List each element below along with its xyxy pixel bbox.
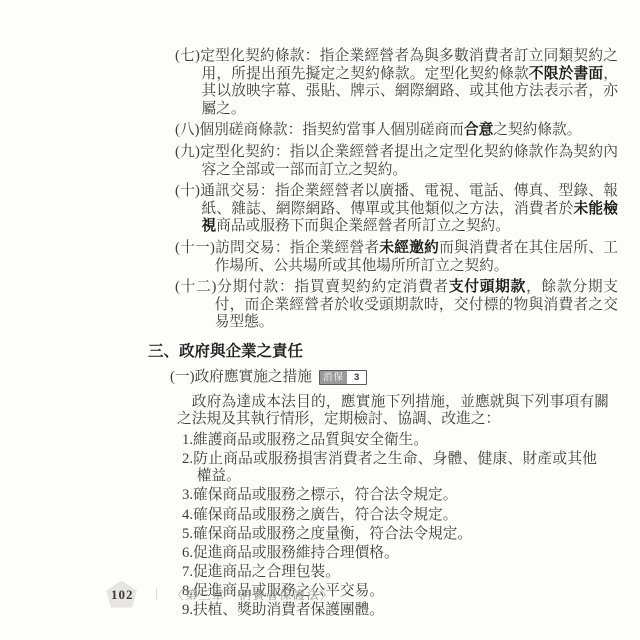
measure-item: 6.促進商品或服務維持合理價格。: [182, 545, 597, 563]
measure-item: 1.維護商品或服務之品質與安全衛生。: [182, 432, 597, 450]
definition-text: 商品或服務下而與企業經營者所訂立之契約。: [216, 218, 510, 234]
definition-item: (八)個別磋商條款：指契約當事人個別磋商而合意之契約條款。: [175, 122, 618, 140]
measure-item: 4.確保商品或服務之廣告，符合法令規定。: [182, 507, 597, 525]
definition-item: (七)定型化契約條款：指企業經營者為與多數消費者訂立同類契約之用，所提出預先擬定…: [175, 48, 618, 118]
measure-item: 2.防止商品或服務損害消費者之生命、身體、健康、財產或其他權益。: [182, 451, 597, 486]
definition-emphasis-text: 支付頭期款: [449, 279, 526, 295]
sub-item: (一)政府應實施之措施消保3: [170, 369, 628, 387]
page-number-wrap: 102: [108, 587, 137, 603]
footer-separator: ｜: [151, 586, 163, 603]
sub-item-label: (一): [170, 369, 194, 385]
definition-text: 分期付款：指買賣契約約定消費者: [216, 279, 448, 295]
book-page: (七)定型化契約條款：指企業經營者為與多數消費者訂立同類契約之用，所提出預先擬定…: [0, 0, 640, 640]
definition-item-label: (八): [175, 122, 199, 138]
law-code-label: 消保: [320, 371, 347, 384]
definition-item: (十)通訊交易：指企業經營者以廣播、電視、電話、傳真、型錄、報紙、雜誌、網際網路…: [175, 183, 618, 236]
page-footer: 102 ｜ 〈第三章 消費者保護法〉: [108, 586, 334, 603]
chapter-title: 〈第三章 消費者保護法〉: [172, 586, 334, 603]
definition-emphasis-text: 未經邀約: [379, 240, 439, 256]
definition-item: (十一)訪問交易：指企業經營者未經邀約而與消費者在其住居所、工作場所、公共場所或…: [175, 240, 618, 275]
law-article-number: 3: [347, 371, 366, 384]
definition-item: (九)定型化契約：指以企業經營者提出之定型化契約條款作為契約內容之全部或一部而訂…: [175, 144, 618, 179]
definition-item-label: (十二): [175, 279, 216, 295]
definition-text: 之契約條款。: [493, 122, 581, 138]
law-reference-badge: 消保3: [319, 370, 367, 385]
definition-list: (七)定型化契約條款：指企業經營者為與多數消費者訂立同類契約之用，所提出預先擬定…: [175, 48, 618, 332]
section-heading: 三、政府與企業之責任: [148, 342, 628, 361]
definition-emphasis-text: 合意: [464, 122, 493, 138]
page-content: (七)定型化契約條款：指企業經營者為與多數消費者訂立同類契約之用，所提出預先擬定…: [148, 48, 628, 621]
definition-item-label: (十): [175, 183, 200, 199]
definition-item-label: (十一): [175, 240, 215, 256]
page-number: 102: [111, 587, 134, 602]
definition-emphasis-text: 不限於書面: [529, 66, 603, 82]
measure-item: 3.確保商品或服務之標示，符合法令規定。: [182, 487, 597, 505]
definition-text: 通訊交易：指企業經營者以廣播、電視、電話、傳真、型錄、報紙、雜誌、網際網路、傳單…: [200, 183, 618, 217]
measure-item: 7.促進商品之合理包裝。: [182, 564, 597, 582]
definition-text: 個別磋商條款：指契約當事人個別磋商而: [199, 122, 463, 138]
definition-item-label: (九): [175, 144, 200, 160]
definition-text: 定型化契約：指以企業經營者提出之定型化契約條款作為契約內容之全部或一部而訂立之契…: [200, 144, 618, 178]
sub-item-title: 政府應實施之措施: [194, 369, 312, 385]
measure-item: 5.確保商品或服務之度量衡，符合法令規定。: [182, 526, 597, 544]
measure-item: 9.扶植、獎助消費者保護團體。: [182, 602, 597, 620]
definition-item: (十二)分期付款：指買賣契約約定消費者支付頭期款，餘款分期支付，而企業經營者於收…: [175, 279, 618, 332]
definition-text: 訪問交易：指企業經營者: [215, 240, 379, 256]
definition-item-label: (七): [175, 48, 200, 64]
section-paragraph: 政府為達成本法目的，應實施下列措施，並應就與下列事項有關之法規及其執行情形，定期…: [177, 394, 609, 429]
